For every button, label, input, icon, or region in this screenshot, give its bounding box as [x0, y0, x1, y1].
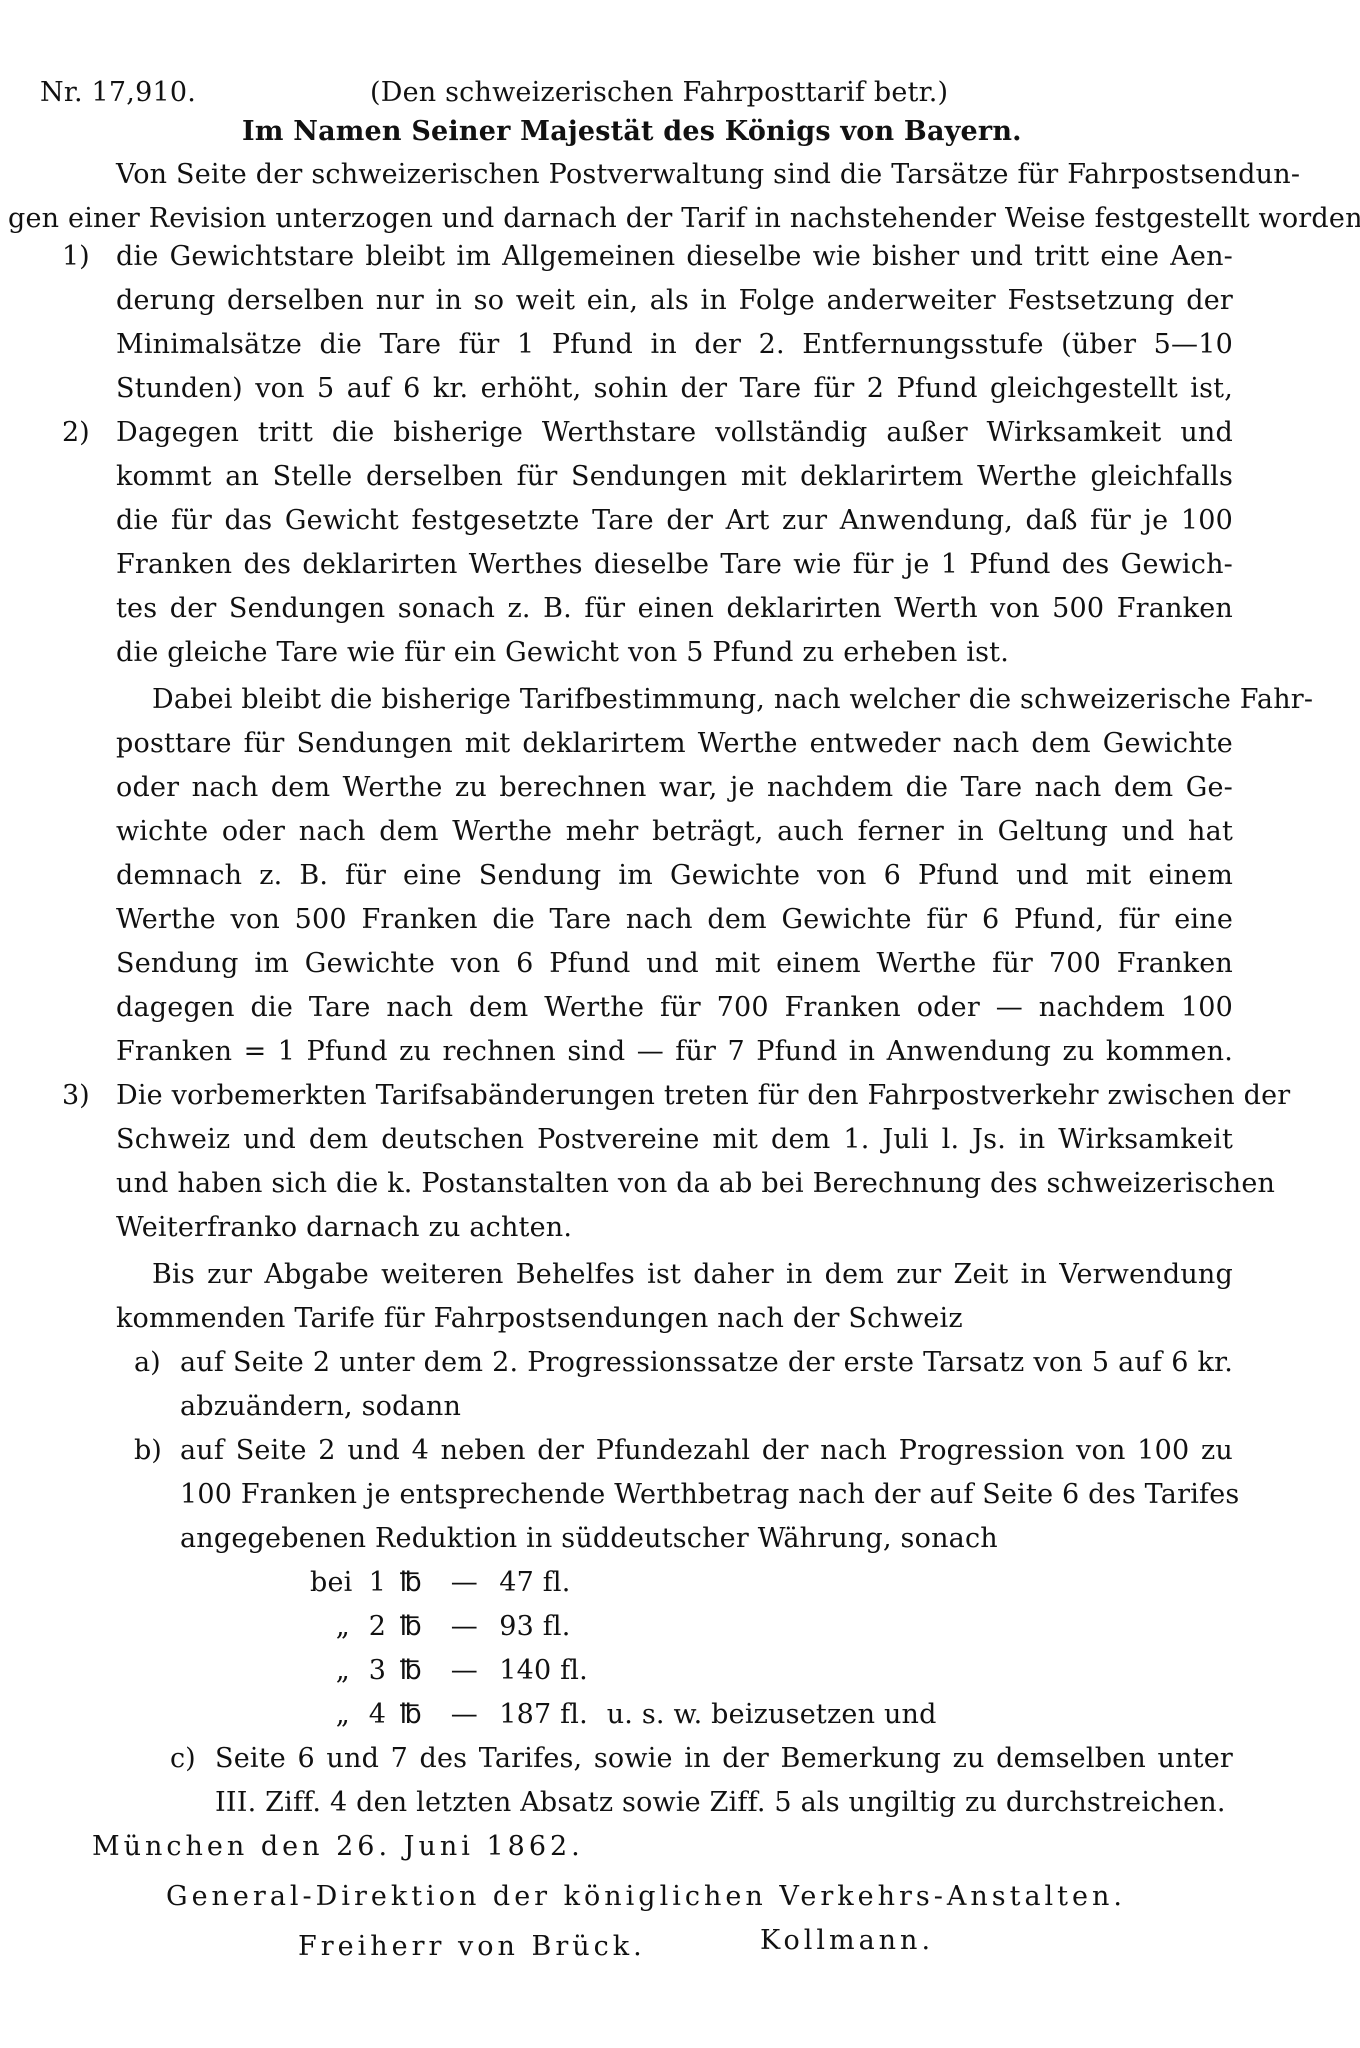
item-line: Die vorbemerkten Tarifsabänderungen tret… [116, 1079, 1233, 1113]
subitem-line: angegebenen Reduktion in süddeutscher Wä… [180, 1522, 998, 1556]
signatory-2: Kollmann. [760, 1924, 934, 1958]
signatory-1: Freiherr von Brück. [298, 1930, 646, 1964]
subitem-line: auf Seite 2 unter dem 2. Progressionssat… [180, 1346, 1233, 1380]
document-subject: (Den schweizerischen Fahrposttarif betr.… [370, 76, 948, 110]
subitem-line: 100 Franken je entsprechende Werthbetrag… [180, 1478, 1233, 1512]
document-number: Nr. 17,910. [40, 76, 196, 110]
item-line: kommt an Stelle derselben für Sendungen … [116, 460, 1233, 494]
table-row: „ 3 ℔ — 140 fl. [310, 1654, 588, 1688]
row-qty: 4 [369, 1698, 391, 1732]
paragraph-line: oder nach dem Werthe zu berechnen war, j… [116, 771, 1233, 805]
row-value: 187 fl. [499, 1699, 588, 1730]
row-value: 93 fl. [499, 1611, 570, 1642]
subitem-line: Seite 6 und 7 des Tarifes, sowie in der … [215, 1742, 1233, 1776]
row-qty: 2 [369, 1610, 391, 1644]
paragraph-line: Werthe von 500 Franken die Tare nach dem… [116, 903, 1233, 937]
subitem-line: auf Seite 2 und 4 neben der Pfundezahl d… [180, 1434, 1233, 1468]
row-unit: ℔ [400, 1566, 430, 1600]
row-qty: 1 [369, 1566, 391, 1600]
paragraph-line: Franken = 1 Pfund zu rechnen sind — für … [116, 1035, 1233, 1069]
item-marker: 3) [62, 1079, 90, 1113]
item-marker: 1) [62, 240, 90, 274]
row-dash: — [438, 1566, 490, 1600]
subitem-marker: a) [134, 1346, 161, 1380]
row-dash: — [438, 1698, 490, 1732]
intro-line: gen einer Revision unterzogen und darnac… [8, 202, 1233, 236]
document-title: Im Namen Seiner Majestät des Königs von … [242, 115, 1022, 149]
row-value: 47 fl. [499, 1567, 570, 1598]
item-line: Schweiz und dem deutschen Postvereine mi… [116, 1123, 1233, 1157]
item-line: Stunden) von 5 auf 6 kr. erhöht, sohin d… [116, 372, 1233, 406]
paragraph-line: dagegen die Tare nach dem Werthe für 700… [116, 991, 1233, 1025]
row-unit: ℔ [400, 1698, 430, 1732]
row-prefix: „ [310, 1610, 350, 1644]
paragraph-line: demnach z. B. für eine Sendung im Gewich… [116, 859, 1233, 893]
subitem-line: abzuändern, sodann [180, 1390, 461, 1424]
item-line: derung derselben nur in so weit ein, als… [116, 284, 1233, 318]
row-dash: — [438, 1654, 490, 1688]
row-unit: ℔ [400, 1654, 430, 1688]
table-row: „ 4 ℔ — 187 fl. u. s. w. beizusetzen und [310, 1698, 937, 1732]
item-line: die gleiche Tare wie für ein Gewicht von… [116, 636, 1009, 670]
item-line: Minimalsätze die Tare für 1 Pfund in der… [116, 328, 1233, 362]
row-suffix: u. s. w. beizusetzen und [607, 1699, 937, 1730]
intro-line: Von Seite der schweizerischen Postverwal… [116, 158, 1233, 192]
paragraph-line: posttare für Sendungen mit deklarirtem W… [116, 727, 1233, 761]
paragraph-line: kommenden Tarife für Fahrpostsendungen n… [116, 1302, 963, 1336]
issuing-authority: General-Direktion der königlichen Verkeh… [166, 1880, 1126, 1914]
row-prefix: „ [310, 1698, 350, 1732]
subitem-marker: b) [134, 1434, 162, 1468]
row-qty: 3 [369, 1654, 391, 1688]
paragraph-line: wichte oder nach dem Werthe mehr beträgt… [116, 815, 1233, 849]
item-line: Franken des deklarirten Werthes dieselbe… [116, 548, 1233, 582]
item-marker: 2) [62, 416, 90, 450]
row-unit: ℔ [400, 1610, 430, 1644]
paragraph-line: Sendung im Gewichte von 6 Pfund und mit … [116, 947, 1233, 981]
row-dash: — [438, 1610, 490, 1644]
subitem-line: III. Ziff. 4 den letzten Absatz sowie Zi… [215, 1786, 1226, 1820]
subitem-marker: c) [170, 1742, 196, 1776]
place-date: München den 26. Juni 1862. [92, 1830, 584, 1864]
item-line: Dagegen tritt die bisherige Werthstare v… [116, 416, 1233, 450]
item-line: die für das Gewicht festgesetzte Tare de… [116, 504, 1233, 538]
paragraph-line: Bis zur Abgabe weiteren Behelfes ist dah… [152, 1258, 1233, 1292]
item-line: tes der Sendungen sonach z. B. für einen… [116, 592, 1233, 626]
row-prefix: bei [310, 1566, 350, 1600]
paragraph-line: Dabei bleibt die bisherige Tarifbestimmu… [152, 683, 1233, 717]
item-line: die Gewichtstare bleibt im Allgemeinen d… [116, 240, 1233, 274]
table-row: „ 2 ℔ — 93 fl. [310, 1610, 571, 1644]
item-line: und haben sich die k. Postanstalten von … [116, 1167, 1233, 1201]
row-value: 140 fl. [499, 1655, 588, 1686]
row-prefix: „ [310, 1654, 350, 1688]
item-line: Weiterfranko darnach zu achten. [116, 1211, 572, 1245]
table-row: bei 1 ℔ — 47 fl. [310, 1566, 571, 1600]
